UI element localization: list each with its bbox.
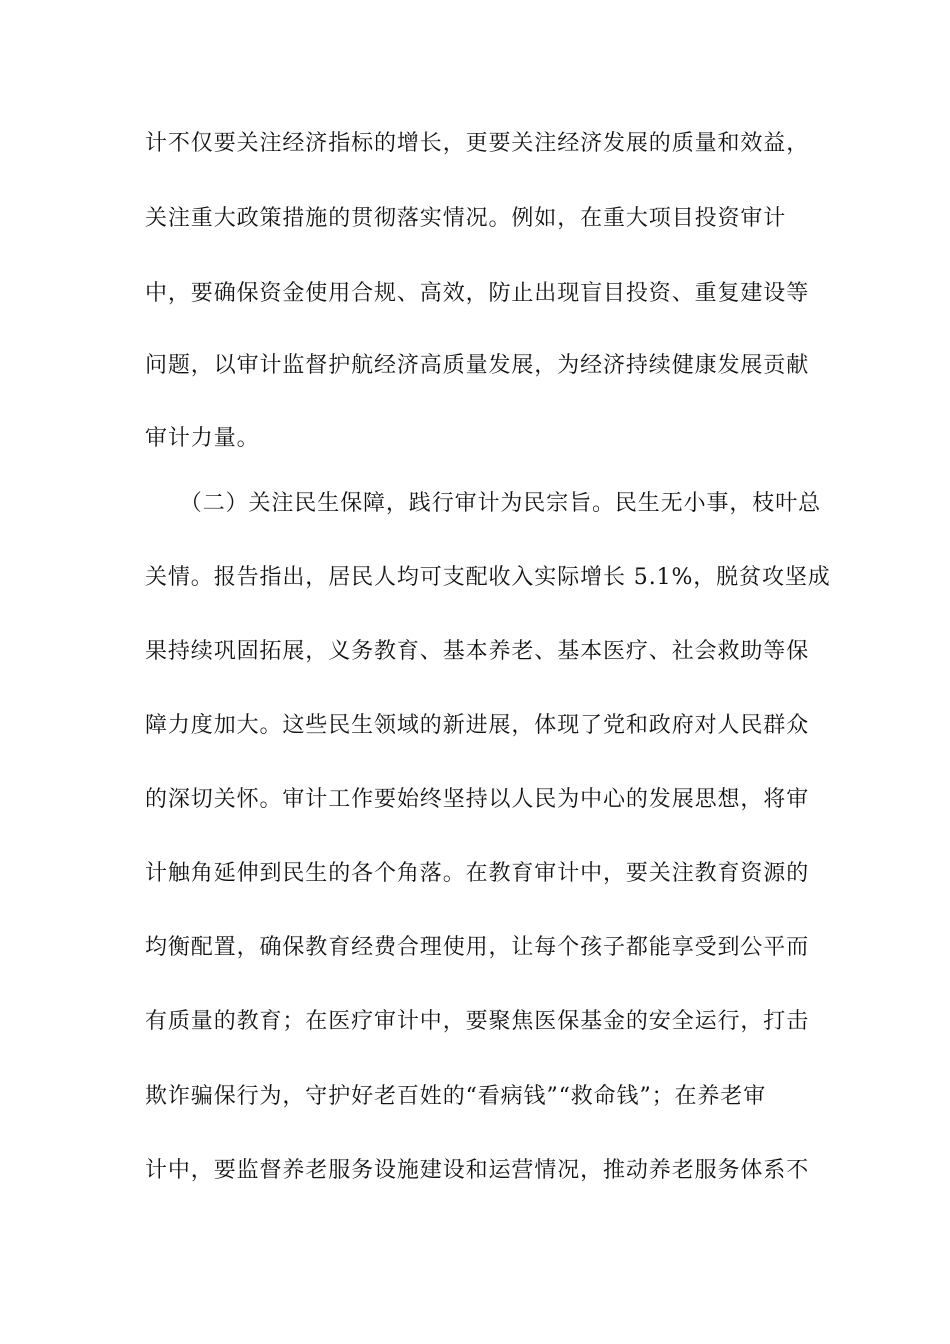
text-line: 障力度加大。这些民生领域的新进展，体现了党和政府对人民群众 bbox=[145, 711, 810, 741]
text-line: 关注重大政策措施的贯彻落实情况。例如，在重大项目投资审计 bbox=[145, 204, 810, 234]
section-heading-line: （二）关注民生保障，践行审计为民宗旨。民生无小事，枝叶总 bbox=[145, 489, 810, 519]
text-line: 的深切关怀。审计工作要始终坚持以人民为中心的发展思想，将审 bbox=[145, 785, 810, 815]
text-line: 果持续巩固拓展，义务教育、基本养老、基本医疗、社会救助等保 bbox=[145, 637, 810, 667]
text-line: 有质量的教育；在医疗审计中，要聚焦医保基金的安全运行，打击 bbox=[145, 1007, 810, 1037]
text-line: 计触角延伸到民生的各个角落。在教育审计中，要关注教育资源的 bbox=[145, 859, 810, 889]
text-line: 均衡配置，确保教育经费合理使用，让每个孩子都能享受到公平而 bbox=[145, 933, 810, 963]
text-line: 计不仅要关注经济指标的增长，更要关注经济发展的质量和效益， bbox=[145, 129, 810, 159]
text-line: 计中，要监督养老服务设施建设和运营情况，推动养老服务体系不 bbox=[145, 1156, 810, 1186]
document-page: 计不仅要关注经济指标的增长，更要关注经济发展的质量和效益， 关注重大政策措施的贯… bbox=[0, 0, 950, 1344]
text-line: 问题，以审计监督护航经济高质量发展，为经济持续健康发展贡献 bbox=[145, 351, 810, 381]
text-line: 中，要确保资金使用合规、高效，防止出现盲目投资、重复建设等 bbox=[145, 279, 810, 309]
text-line: 审计力量。 bbox=[145, 424, 810, 454]
text-line: 关情。报告指出，居民人均可支配收入实际增长 5.1%，脱贫攻坚成 bbox=[145, 563, 810, 593]
text-line: 欺诈骗保行为，守护好老百姓的“看病钱”“救命钱”；在养老审 bbox=[145, 1082, 810, 1112]
